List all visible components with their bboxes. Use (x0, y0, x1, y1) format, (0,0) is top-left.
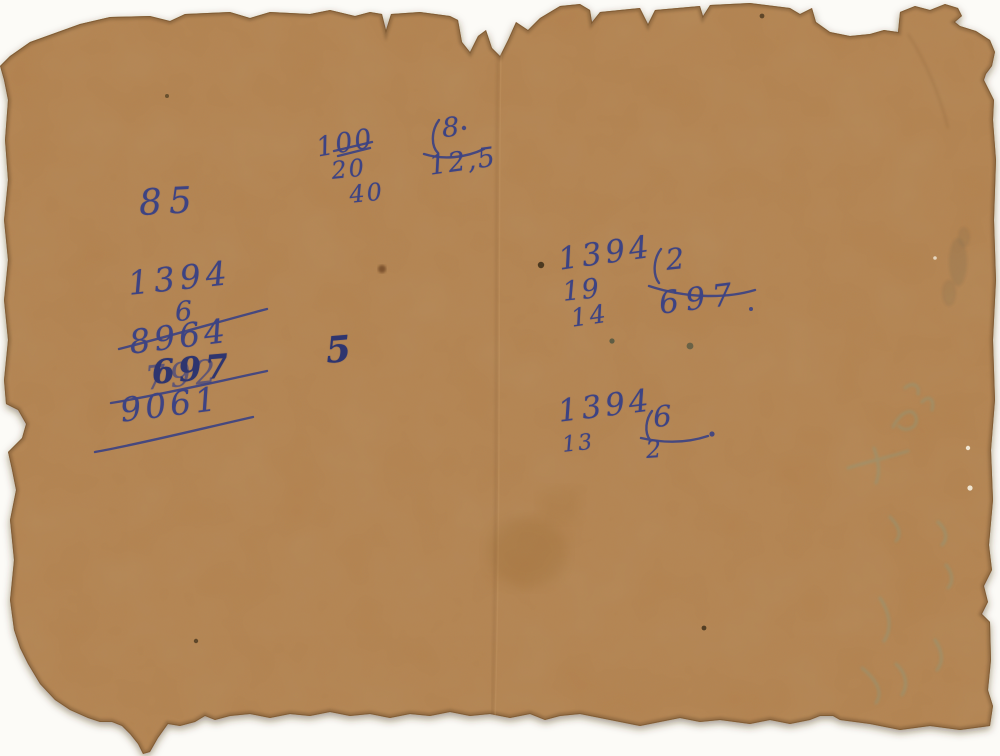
handwriting-divisor-6: 6 (652, 399, 673, 434)
handwriting-remainder-13: 13 (561, 430, 595, 458)
handwriting-divisor-8: 8 (441, 112, 460, 144)
handwriting-quotient-2: 2 (645, 435, 662, 464)
handwriting-divisor-2: 2 (664, 241, 686, 277)
paper-stain (487, 517, 567, 587)
paper-speck (378, 265, 386, 273)
handwriting-bold-5: 5 (324, 328, 353, 372)
handwriting-remainder-14: 14 (569, 299, 610, 333)
handwriting-85: 85 (138, 180, 200, 224)
paper-hole (966, 446, 970, 450)
scanned-paper-document: 85 100 20 40 8 12,5 1394 6 8964 792 697 … (0, 0, 1000, 756)
handwriting-40: 40 (348, 177, 385, 208)
